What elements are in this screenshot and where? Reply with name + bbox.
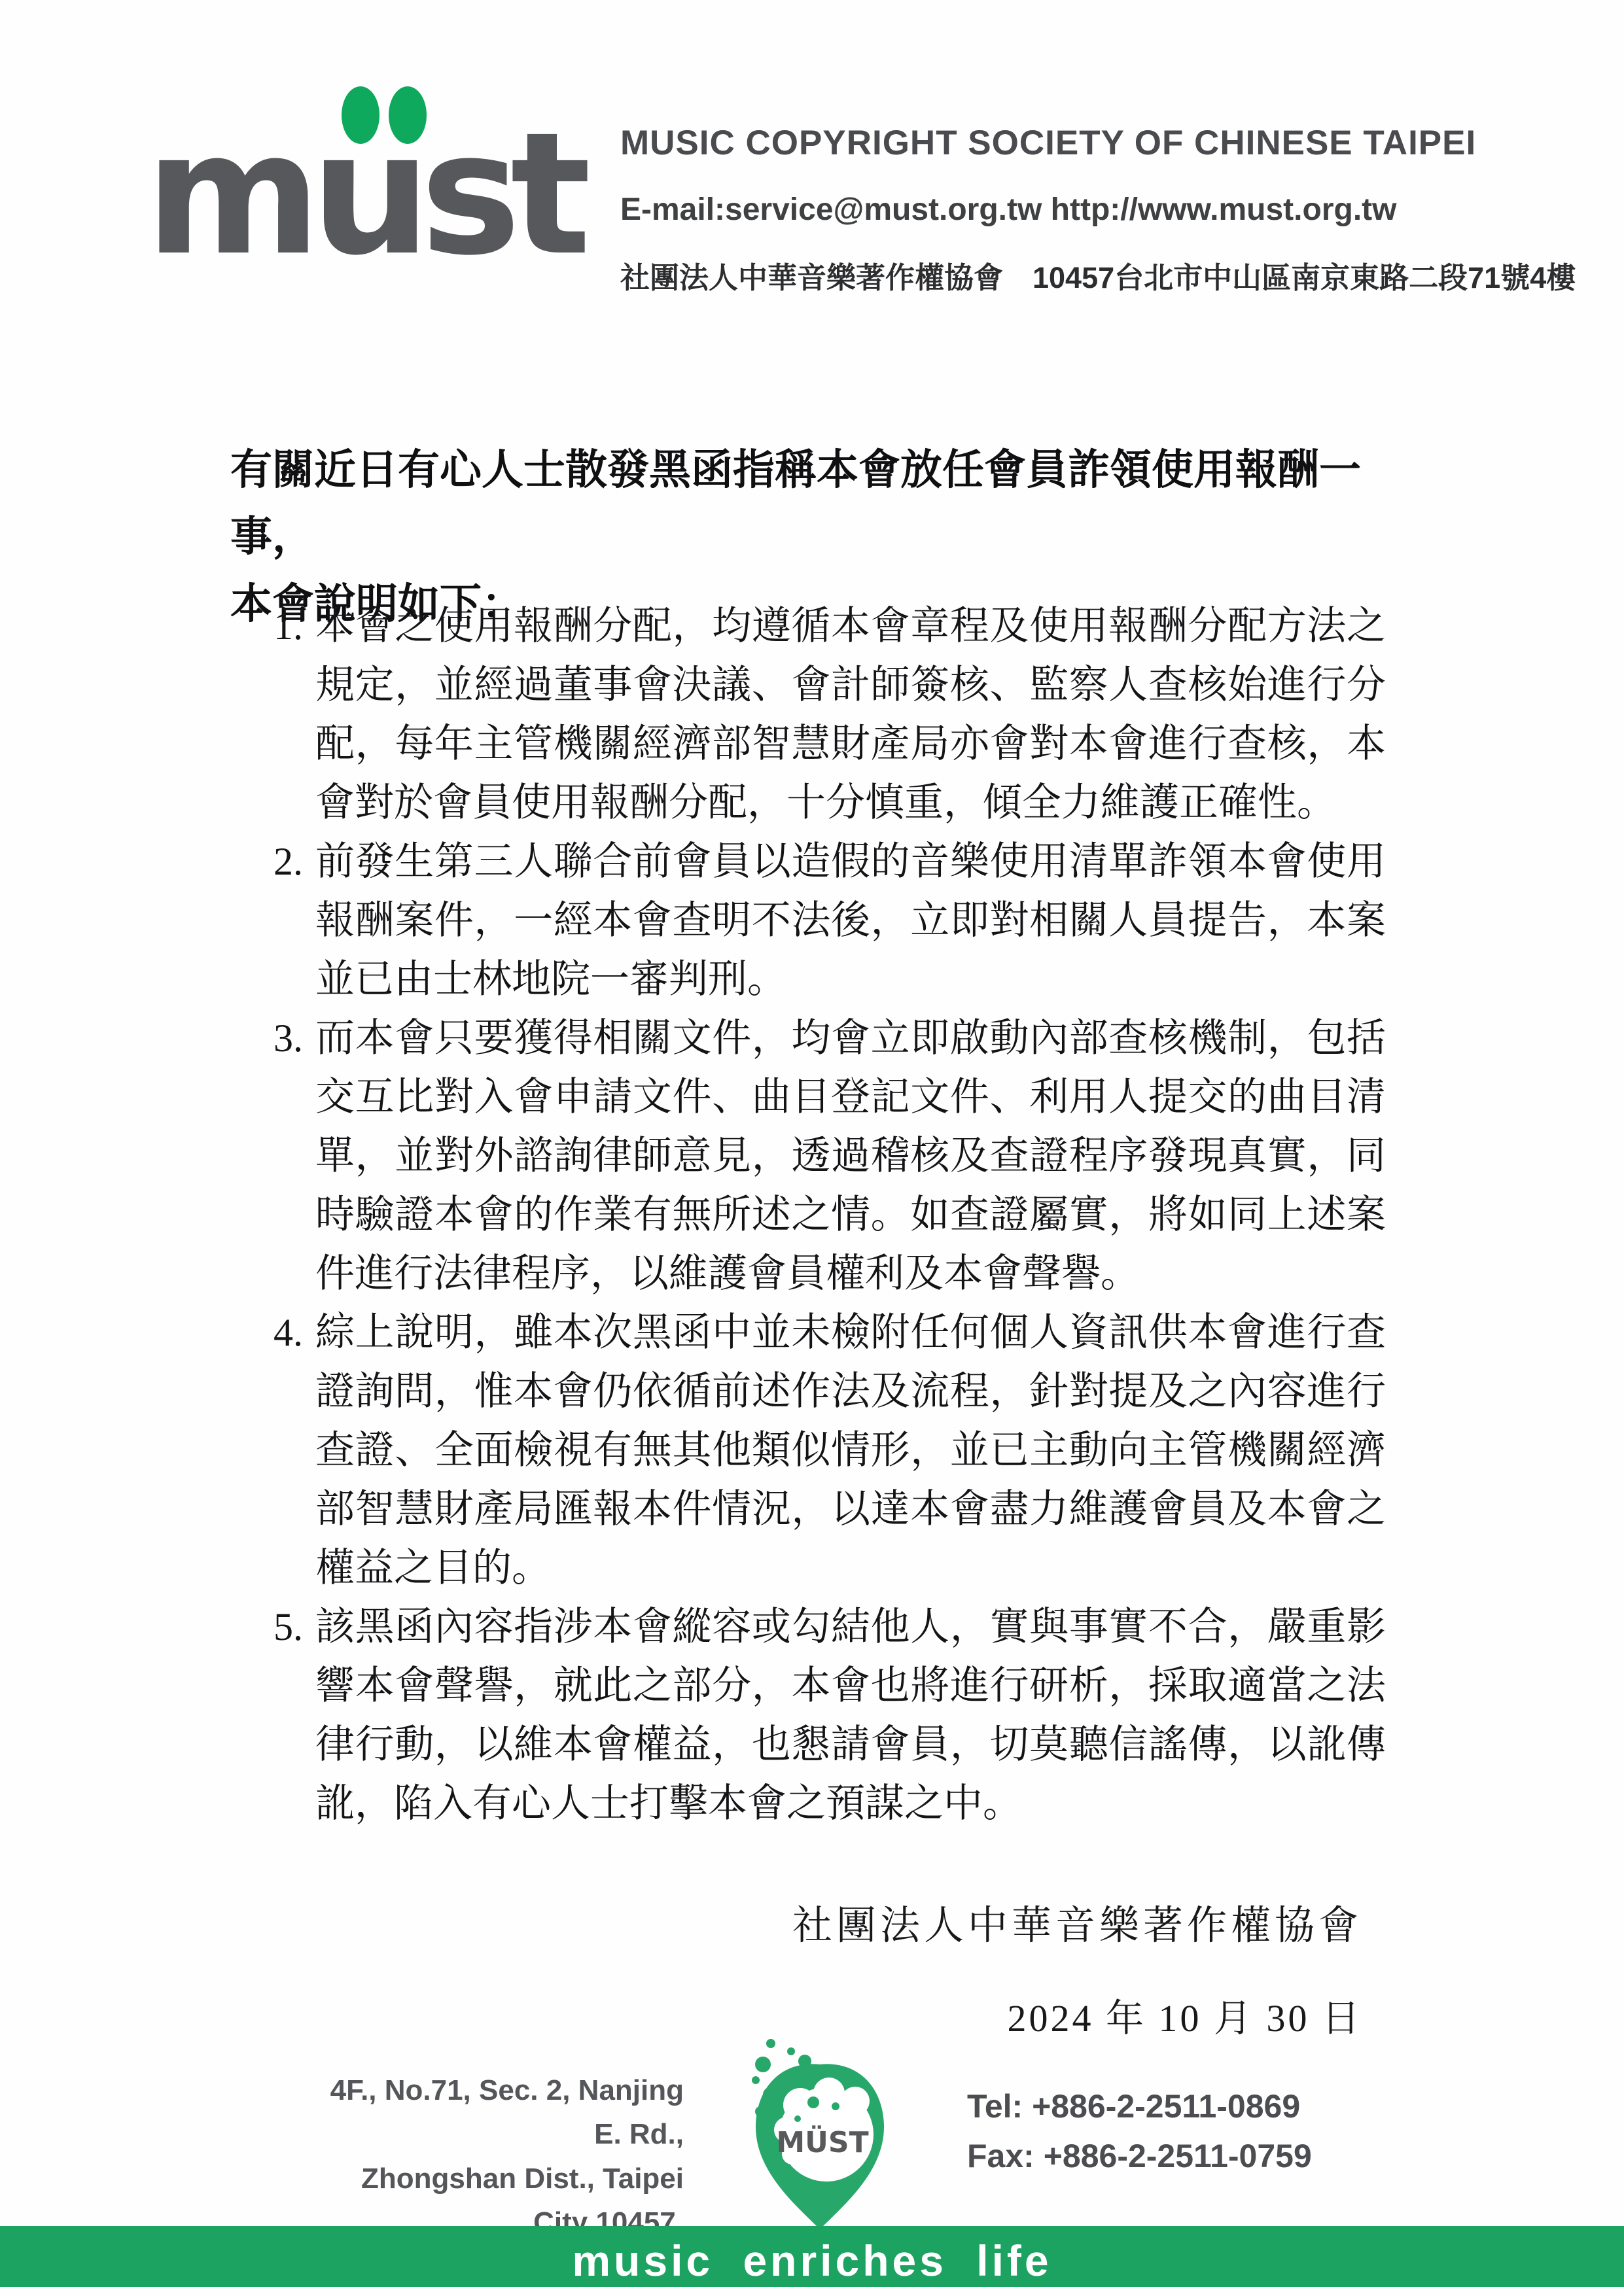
- intro-line-1: 有關近日有心人士散發黑函指稱本會放任會員詐領使用報酬一事，: [230, 437, 1415, 571]
- footer-contact: Tel: +886-2-2511-0869 Fax: +886-2-2511-0…: [967, 2081, 1312, 2181]
- pick-logo-label: MÜST: [776, 2125, 868, 2159]
- item-number: 2.: [274, 832, 315, 891]
- item-number: 5.: [274, 1597, 315, 1656]
- footer-tagline: music enriches life: [572, 2236, 1051, 2286]
- item-text: 前發生第三人聯合前會員以造假的音樂使用清單詐領本會使用報酬案件，一經本會查明不法…: [315, 832, 1386, 1009]
- list-item: 4. 綜上說明，雖本次黑函中並未檢附任何個人資訊供本會進行查證詢問，惟本會仍依循…: [274, 1303, 1386, 1597]
- statement-list: 1. 本會之使用報酬分配，均遵循本會章程及使用報酬分配方法之規定，並經過董事會決…: [274, 597, 1386, 1833]
- item-text: 該黑函內容指涉本會縱容或勾結他人，實與事實不合，嚴重影響本會聲譽，就此之部分，本…: [315, 1597, 1386, 1833]
- item-number: 3.: [274, 1009, 315, 1068]
- item-text: 而本會只要獲得相關文件，均會立即啟動內部查核機制，包括交互比對入會申請文件、曲目…: [315, 1009, 1386, 1303]
- item-number: 4.: [274, 1303, 315, 1362]
- list-item: 2. 前發生第三人聯合前會員以造假的音樂使用清單詐領本會使用報酬案件，一經本會查…: [274, 832, 1386, 1009]
- list-item: 5. 該黑函內容指涉本會縱容或勾結他人，實與事實不合，嚴重影響本會聲譽，就此之部…: [274, 1597, 1386, 1833]
- must-logo: must: [145, 98, 603, 314]
- signature-org-name: 社團法人中華音樂著作權協會: [792, 1894, 1362, 1951]
- footer-address-line-1: 4F., No.71, Sec. 2, Nanjing E. Rd.,: [327, 2068, 684, 2157]
- letterhead: MUSIC COPYRIGHT SOCIETY OF CHINESE TAIPE…: [620, 123, 1549, 296]
- footer-fax: Fax: +886-2-2511-0759: [967, 2131, 1312, 2181]
- footer-green-bar: music enriches life: [0, 2226, 1624, 2287]
- org-name-english: MUSIC COPYRIGHT SOCIETY OF CHINESE TAIPE…: [620, 123, 1549, 163]
- list-item: 3. 而本會只要獲得相關文件，均會立即啟動內部查核機制，包括交互比對入會申請文件…: [274, 1009, 1386, 1303]
- email-and-website-line: E-mail:service@must.org.tw http://www.mu…: [620, 192, 1549, 228]
- item-text: 本會之使用報酬分配，均遵循本會章程及使用報酬分配方法之規定，並經過董事會決議、會…: [315, 597, 1386, 832]
- item-number: 1.: [274, 597, 315, 655]
- letter-page: must MUSIC COPYRIGHT SOCIETY OF CHINESE …: [0, 0, 1624, 2296]
- signature-block: 社團法人中華音樂著作權協會 2024 年 10 月 30 日: [792, 1894, 1362, 2042]
- item-text: 綜上說明，雖本次黑函中並未檢附任何個人資訊供本會進行查證詢問，惟本會仍依循前述作…: [315, 1303, 1386, 1597]
- org-name-chinese-address: 社團法人中華音樂著作權協會 10457台北市中山區南京東路二段71號4樓: [620, 254, 1549, 296]
- must-wordmark: must: [145, 110, 580, 279]
- footer-tel: Tel: +886-2-2511-0869: [967, 2081, 1312, 2131]
- list-item: 1. 本會之使用報酬分配，均遵循本會章程及使用報酬分配方法之規定，並經過董事會決…: [274, 597, 1386, 832]
